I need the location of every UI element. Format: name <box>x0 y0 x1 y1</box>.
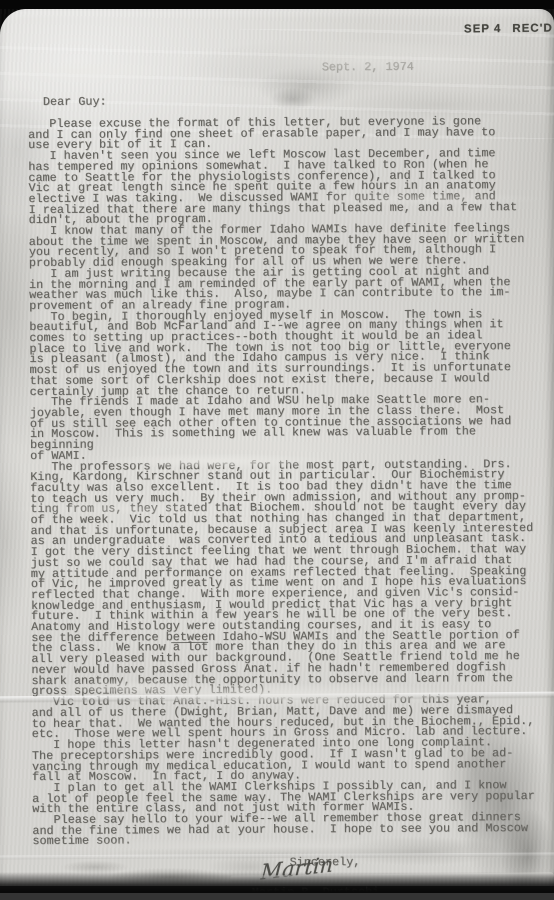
page-edge-strip <box>0 893 554 900</box>
salutation: Dear Guy: <box>43 97 107 108</box>
letter-paper: SEP 4 REC'D Sept. 2, 1974 Dear Guy: Plea… <box>0 9 554 886</box>
scanned-letter-page: SEP 4 REC'D Sept. 2, 1974 Dear Guy: Plea… <box>0 0 554 900</box>
letter-text-layer: Sept. 2, 1974 Dear Guy: Please excuse th… <box>0 6 554 886</box>
underline-mark <box>171 642 208 644</box>
letter-body-lower: and all of us there (Dwight, Brian, Matt… <box>32 705 547 847</box>
letter-date: Sept. 2, 1974 <box>322 62 414 73</box>
letter-body-upper: Please excuse the format of this letter,… <box>28 116 544 708</box>
